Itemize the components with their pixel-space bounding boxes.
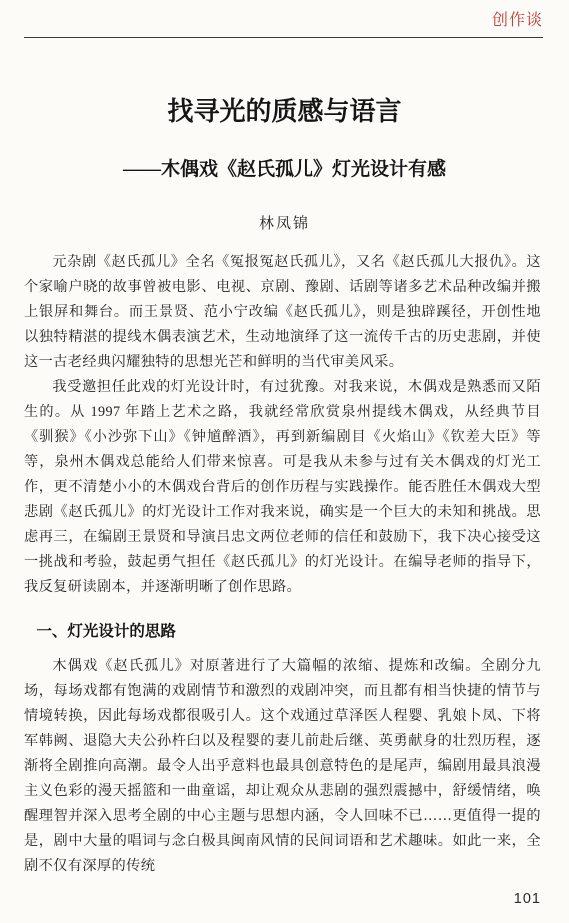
page-footer: 101 xyxy=(24,890,541,908)
article-author: 林凤锦 xyxy=(0,212,569,233)
magazine-page: 创作谈 找寻光的质感与语言 ——木偶戏《赵氏孤儿》灯光设计有感 林凤锦 元杂剧《… xyxy=(0,0,569,923)
paragraph: 我受邀担任此戏的灯光设计时，有过犹豫。对我来说，木偶戏是熟悉而又陌生的。从 19… xyxy=(24,375,541,600)
column-label: 创作谈 xyxy=(492,12,543,29)
article-subtitle: ——木偶戏《赵氏孤儿》灯光设计有感 xyxy=(0,159,569,181)
paragraph: 元杂剧《赵氏孤儿》全名《冤报冤赵氏孤儿》，又名《赵氏孤儿大报仇》。这个家喻户晓的… xyxy=(24,250,541,375)
page-header: 创作谈 xyxy=(24,7,543,30)
header-divider xyxy=(24,37,543,38)
article-body: 元杂剧《赵氏孤儿》全名《冤报冤赵氏孤儿》，又名《赵氏孤儿大报仇》。这个家喻户晓的… xyxy=(24,250,541,879)
title-block: 找寻光的质感与语言 ——木偶戏《赵氏孤儿》灯光设计有感 林凤锦 xyxy=(0,96,569,233)
page-number: 101 xyxy=(514,891,541,907)
section-heading: 一、灯光设计的思路 xyxy=(24,619,541,644)
article-title: 找寻光的质感与语言 xyxy=(0,96,569,126)
paragraph: 木偶戏《赵氏孤儿》对原著进行了大篇幅的浓缩、提炼和改编。全剧分九场，每场戏都有饱… xyxy=(24,654,541,879)
